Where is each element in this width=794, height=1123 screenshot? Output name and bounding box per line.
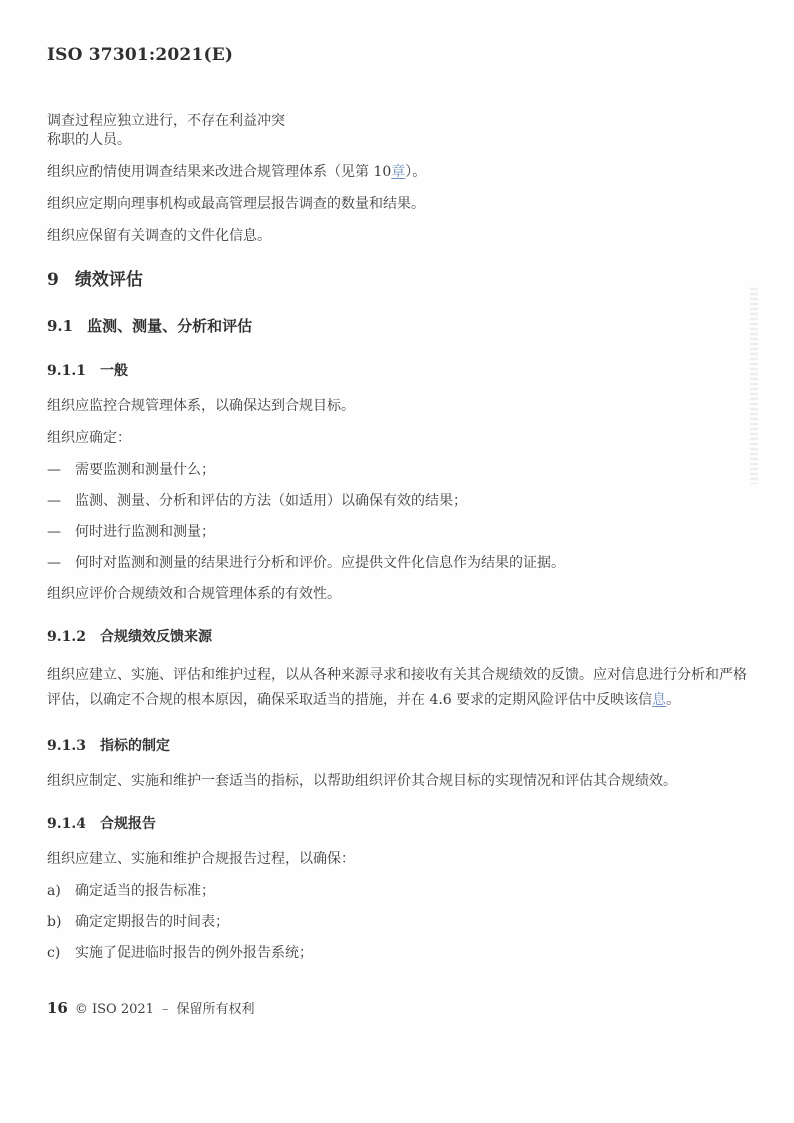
paragraph-line: 称职的人员。 (47, 131, 747, 150)
dash-marker: — (47, 492, 75, 511)
paragraph-text: 组织应建立、实施、评估和维护过程，以从各种来源寻求和接收有关其合规绩效的反馈。应… (47, 667, 747, 708)
section-title: 绩效评估 (75, 270, 143, 290)
paragraph-indicators: 组织应制定、实施和维护一套适当的指标，以帮助组织评价其合规目标的实现情况和评估其… (47, 772, 747, 791)
paragraph-shall-determine: 组织应确定： (47, 429, 747, 448)
list-marker: b) (47, 913, 75, 932)
lettered-list-item: a) 确定适当的报告标准； (47, 882, 747, 901)
vertical-watermark (750, 288, 758, 484)
list-marker: c) (47, 944, 75, 963)
rights-text: 保留所有权利 (176, 998, 254, 1017)
list-marker: a) (47, 882, 75, 901)
dash-marker: — (47, 523, 75, 542)
list-item-text: 何时进行监测和测量； (75, 523, 747, 542)
section-number: 9.1 (47, 317, 73, 335)
list-item-text: 实施了促进临时报告的例外报告系统； (75, 944, 747, 963)
section-title: 合规报告 (100, 816, 156, 832)
section-9-1-3-heading: 9.1.3指标的制定 (47, 735, 747, 755)
footer-separator: – (162, 1002, 169, 1017)
dash-list-item: — 何时对监测和测量的结果进行分析和评价。应提供文件化信息作为结果的证据。 (47, 554, 747, 573)
paragraph-retain-documented-info: 组织应保留有关调查的文件化信息。 (47, 227, 747, 246)
page-footer: 16 © ISO 2021 – 保留所有权利 (47, 998, 747, 1017)
paragraph-report-to-governing-body: 组织应定期向理事机构或最高管理层报告调查的数量和结果。 (47, 195, 747, 214)
paragraph-line: 调查过程应独立进行，不存在利益冲突 (47, 112, 747, 131)
paragraph-text: 。 (666, 692, 680, 708)
paragraph-use-results: 组织应酌情使用调查结果来改进合规管理体系（见第 10章）。 (47, 163, 747, 182)
section-9-1-2-heading: 9.1.2合规绩效反馈来源 (47, 626, 747, 646)
section-9-heading: 9绩效评估 (47, 265, 747, 290)
dash-marker: — (47, 554, 75, 573)
document-content: 调查过程应独立进行，不存在利益冲突 称职的人员。 组织应酌情使用调查结果来改进合… (47, 112, 747, 1017)
section-number: 9 (47, 270, 59, 290)
lettered-list-item: c) 实施了促进临时报告的例外报告系统； (47, 944, 747, 963)
copyright-text: © ISO 2021 (75, 1002, 154, 1017)
paragraph-text: ）。 (405, 164, 426, 180)
lettered-list-item: b) 确定定期报告的时间表； (47, 913, 747, 932)
paragraph-monitor-system: 组织应监控合规管理体系，以确保达到合规目标。 (47, 397, 747, 416)
paragraph-evaluate-effectiveness: 组织应评价合规绩效和合规管理体系的有效性。 (47, 585, 747, 604)
section-9-1-4-heading: 9.1.4合规报告 (47, 813, 747, 833)
section-number: 9.1.2 (47, 629, 86, 645)
dash-list-item: — 何时进行监测和测量； (47, 523, 747, 542)
document-header-title: ISO 37301:2021(E) (47, 45, 747, 65)
list-item-text: 监测、测量、分析和评估的方法（如适用）以确保有效的结果； (75, 492, 747, 511)
list-item-text: 确定适当的报告标准； (75, 882, 747, 901)
info-link[interactable]: 息 (652, 692, 666, 708)
dash-list-item: — 需要监测和测量什么； (47, 461, 747, 480)
dash-list-item: — 监测、测量、分析和评估的方法（如适用）以确保有效的结果； (47, 492, 747, 511)
section-title: 一般 (100, 363, 128, 379)
paragraph-feedback-sources: 组织应建立、实施、评估和维护过程，以从各种来源寻求和接收有关其合规绩效的反馈。应… (47, 663, 747, 713)
section-title: 合规绩效反馈来源 (100, 629, 212, 645)
section-number: 9.1.3 (47, 738, 86, 754)
paragraph-reporting-process: 组织应建立、实施和维护合规报告过程，以确保： (47, 850, 747, 869)
paragraph-investigation-independence: 调查过程应独立进行，不存在利益冲突 称职的人员。 (47, 112, 747, 150)
section-title: 指标的制定 (100, 738, 170, 754)
list-item-text: 确定定期报告的时间表； (75, 913, 747, 932)
chapter-10-link[interactable]: 章 (391, 164, 405, 180)
list-item-text: 需要监测和测量什么； (75, 461, 747, 480)
page-number: 16 (47, 999, 68, 1017)
section-number: 9.1.4 (47, 816, 86, 832)
list-item-text: 何时对监测和测量的结果进行分析和评价。应提供文件化信息作为结果的证据。 (75, 554, 747, 573)
paragraph-text: 组织应酌情使用调查结果来改进合规管理体系（见第 10 (47, 164, 391, 180)
dash-marker: — (47, 461, 75, 480)
section-number: 9.1.1 (47, 363, 86, 379)
section-9-1-heading: 9.1监测、测量、分析和评估 (47, 315, 747, 336)
document-page: ISO 37301:2021(E) 调查过程应独立进行，不存在利益冲突 称职的人… (0, 0, 794, 1123)
section-9-1-1-heading: 9.1.1一般 (47, 360, 747, 380)
section-title: 监测、测量、分析和评估 (87, 317, 252, 335)
